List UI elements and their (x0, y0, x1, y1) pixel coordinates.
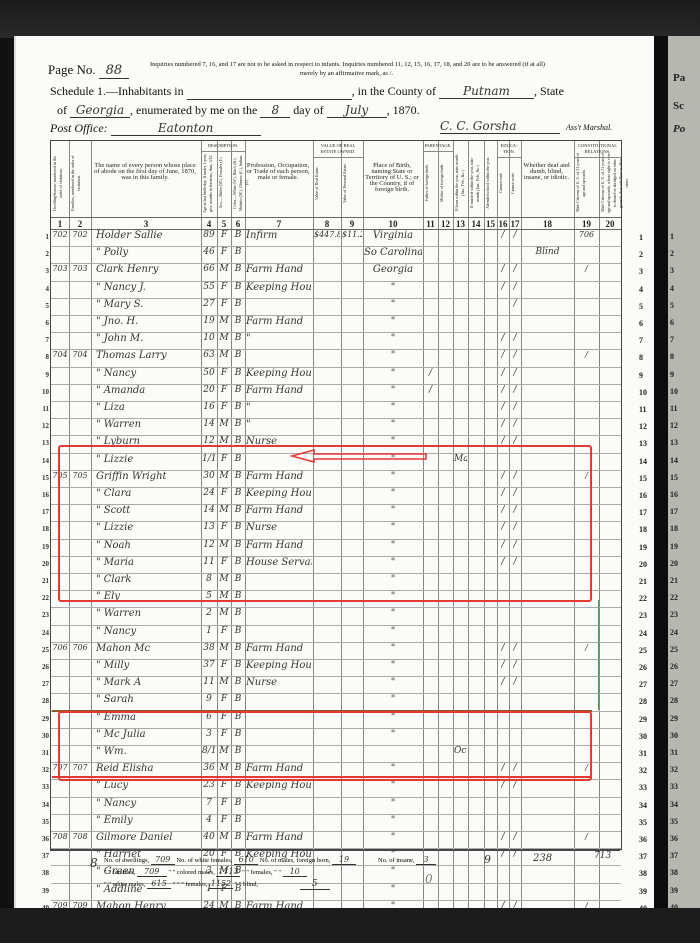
cell-family: 703 (70, 264, 90, 273)
summary-line-1: No. of dwellings, 709 No. of white femal… (104, 855, 356, 865)
adjacent-page-line-number: 36 (670, 834, 700, 843)
group-header-parentage: PARENTAGE. (423, 143, 453, 152)
highlight-mahon-family (58, 600, 599, 710)
cell-name: " Nancy (92, 368, 204, 379)
blind-count: 5 (300, 879, 330, 890)
cell-age: 23 (202, 780, 216, 790)
column-number-17: 17 (509, 219, 521, 229)
adjacent-page-line-number: 25 (670, 645, 700, 654)
line-number: 10 (39, 388, 49, 396)
adjacent-page-line-number: 38 (670, 868, 700, 877)
line-number-right: 32 (639, 766, 647, 775)
cell-color: B (232, 419, 244, 429)
group-header-description: DESCRIPTION. (201, 143, 245, 152)
scan-border-top (0, 0, 700, 38)
line-number: 32 (39, 766, 49, 774)
line-number-right: 10 (639, 388, 647, 397)
cell-birthplace: So Carolina (364, 247, 422, 258)
column-header-17: Cannot write. (510, 153, 516, 213)
cell-age: 89 (202, 230, 216, 240)
cell-sex: M (218, 264, 230, 274)
line-number-right: 16 (639, 491, 647, 500)
page-number-line: Page No. 88 (48, 62, 129, 79)
foreign-females-count: 10 (283, 867, 307, 877)
cell-color: B (232, 264, 244, 274)
line-number: 11 (39, 405, 49, 413)
cell-sex: F (218, 385, 230, 395)
cell-cannot-write: / (510, 230, 520, 240)
line-number-right: 5 (639, 302, 643, 311)
column-header-13: If born within the year, state month (Ja… (454, 153, 466, 213)
column-number-7: 7 (245, 219, 313, 229)
column-header-3: The name of every person whose place of … (92, 163, 198, 181)
line-number-right: 24 (639, 629, 647, 638)
white-females-label: No. of white females, (176, 857, 232, 864)
cell-col19: / (575, 350, 598, 359)
pencil-note-2: 0 (425, 872, 433, 886)
line-number: 13 (39, 439, 49, 447)
cell-cannot-read: / (498, 230, 508, 240)
cell-father-foreign: / (424, 385, 437, 395)
adjacent-schedule-label: Sc (673, 100, 684, 112)
cell-name: " John M. (92, 333, 204, 344)
line-number: 7 (39, 336, 49, 344)
adjacent-page-line-number: 37 (670, 851, 700, 860)
summary-line-3: " " white males, 615 " " " females, 1152… (104, 879, 330, 890)
line-number: 20 (39, 560, 49, 568)
cell-cannot-read: / (498, 350, 508, 360)
col16-total: 238 (533, 853, 552, 864)
pointer-arrow-icon (290, 448, 430, 464)
page-summary: 8 No. of dwellings, 709 No. of white fem… (50, 850, 620, 893)
adjacent-page-line-number: 15 (670, 473, 700, 482)
highlight-reid-family (58, 711, 592, 781)
cell-color: B (232, 316, 244, 326)
cell-color: B (232, 282, 244, 292)
of-label: of (57, 103, 67, 117)
table-row: 3535" Emily4FB" (51, 814, 621, 831)
column-header-19: Male Citizens of U. S. of 21 years of ag… (575, 153, 587, 213)
line-number-right: 22 (639, 594, 647, 603)
cell-dwelling: 703 (52, 264, 68, 273)
cell-sex: F (218, 230, 230, 240)
foreign-females-label: " " females, " " (242, 869, 281, 876)
column-number-2: 2 (69, 219, 91, 229)
line-number: 14 (39, 457, 49, 465)
line-number: 1 (39, 233, 49, 241)
cell-birthplace: Georgia (364, 264, 422, 275)
line-number: 21 (39, 577, 49, 585)
cell-cannot-write: / (510, 402, 520, 412)
line-number-right: 26 (639, 663, 647, 672)
adjacent-page-line-number: 26 (670, 662, 700, 671)
column-header-16: Cannot read. (498, 153, 504, 213)
cell-birthplace: " (364, 780, 422, 791)
line-number: 3 (39, 267, 49, 275)
cell-cannot-write: / (510, 832, 520, 842)
cell-age: 55 (202, 282, 216, 292)
line-number: 28 (39, 697, 49, 705)
adjacent-page-line-number: 11 (670, 404, 700, 413)
adjacent-page-line-number: 16 (670, 490, 700, 499)
line-number-right: 28 (639, 697, 647, 706)
column-number-9: 9 (341, 219, 363, 229)
cell-real-estate: $447.82 (314, 230, 340, 239)
line-number-right: 6 (639, 319, 643, 328)
adjacent-page-line-number: 29 (670, 714, 700, 723)
blind-label: " " blind, (235, 881, 259, 888)
cell-color: B (232, 333, 244, 343)
adjacent-page-line-number: 19 (670, 542, 700, 551)
colored-females-label: " " " females, (173, 881, 208, 888)
cell-name: " Liza (92, 402, 204, 413)
adjacent-page-line-number: 3 (670, 266, 700, 275)
cell-name: " Emily (92, 815, 204, 826)
cell-color: B (232, 247, 244, 257)
column-number-16: 16 (497, 219, 509, 229)
cell-dwelling: 708 (52, 832, 68, 841)
column-number-8: 8 (313, 219, 341, 229)
cell-color: B (232, 230, 244, 240)
cell-cannot-write: / (510, 419, 520, 429)
insane-line: No. of insane, 3 (378, 855, 436, 865)
cell-name: " Amanda (92, 385, 204, 396)
line-number-right: 8 (639, 353, 643, 362)
cell-birthplace: " (364, 385, 422, 396)
line-number: 6 (39, 319, 49, 327)
adjacent-page-line-number: 2 (670, 249, 700, 258)
tally-mark: 8 (90, 856, 98, 870)
cell-family: 702 (70, 230, 90, 239)
white-males-label: " " white males, (104, 881, 145, 888)
adjacent-page-line-number: 34 (670, 800, 700, 809)
cell-age: 7 (202, 798, 216, 808)
line-number-right: 17 (639, 508, 647, 517)
line-number-right: 15 (639, 474, 647, 483)
line-number: 24 (39, 629, 49, 637)
book-spine (652, 36, 668, 916)
line-number-right: 27 (639, 680, 647, 689)
cell-cannot-read: / (498, 402, 508, 412)
adjacent-page-line-number: 6 (670, 318, 700, 327)
adjacent-page-line-number: 5 (670, 301, 700, 310)
line-number: 4 (39, 285, 49, 293)
column-header-7: Profession, Occupation, or Trade of each… (246, 163, 310, 181)
column-header-12: Mother of foreign birth. (439, 153, 445, 213)
cell-age: 20 (202, 385, 216, 395)
column-number-20: 20 (599, 219, 621, 229)
table-row: 55" Mary S.27FB"/ (51, 298, 621, 315)
cell-cannot-write: / (510, 385, 520, 395)
adjacent-post-label: Po (673, 123, 685, 135)
white-males-count: 615 (147, 879, 171, 889)
families-label: " " families, (104, 869, 135, 876)
line-number-right: 11 (639, 405, 647, 414)
line-number-right: 1 (639, 233, 643, 242)
table-row: 88704704Thomas Larry63MB"/// (51, 349, 621, 366)
cell-cannot-read: / (498, 333, 508, 343)
column-number-19: 19 (574, 219, 599, 229)
cell-birthplace: " (364, 419, 422, 430)
adjacent-page-line-number: 27 (670, 679, 700, 688)
line-number-right: 37 (639, 852, 647, 861)
cell-color: B (232, 299, 244, 309)
colored-males-count: 1113 (216, 867, 240, 877)
cell-color: B (232, 368, 244, 378)
cell-age: 66 (202, 264, 216, 274)
cell-deaf-blind: Blind (522, 247, 573, 257)
table-row: 22" Polly46FBSo CarolinaBlind (51, 246, 621, 263)
cell-color: B (232, 385, 244, 395)
line-number: 5 (39, 302, 49, 310)
line-number-right: 29 (639, 715, 647, 724)
summary-line-2: " " families, 709 " " colored males, 111… (104, 867, 307, 877)
cell-name: " Polly (92, 247, 204, 258)
families-count: 709 (137, 867, 167, 877)
adjacent-page-line-number: 30 (670, 731, 700, 740)
adjacent-page-line-number: 39 (670, 886, 700, 895)
line-number: 8 (39, 353, 49, 361)
line-number: 9 (39, 371, 49, 379)
cell-name: Clark Henry (92, 264, 204, 275)
dwellings-count: 709 (151, 855, 175, 865)
marshal-label: Ass't Marshal. (566, 123, 612, 132)
cell-birthplace: Virginia (364, 230, 422, 241)
cell-birthplace: " (364, 316, 422, 327)
cell-sex: M (218, 316, 230, 326)
line-number: 22 (39, 594, 49, 602)
line-number-right: 18 (639, 525, 647, 534)
line-number: 2 (39, 250, 49, 258)
table-row: 66" Jno. H.19MBFarm Hand" (51, 315, 621, 332)
line-number-right: 39 (639, 887, 647, 896)
cell-father-foreign: / (424, 368, 437, 378)
column-header-8: Value of Real Estate. (314, 153, 320, 213)
colored-males-label: " " colored males, (168, 869, 214, 876)
adjacent-page-line-number: 24 (670, 628, 700, 637)
cell-dwelling: 704 (52, 350, 68, 359)
column-header-2: Families, numbered in the order of visit… (70, 153, 82, 213)
table-row: 11702702Holder Sallie89FBInfirm$447.82$1… (51, 229, 621, 246)
adjacent-page-line-number: 1 (670, 232, 700, 241)
line-number: 18 (39, 525, 49, 533)
cell-sex: F (218, 815, 230, 825)
line-number: 33 (39, 783, 49, 791)
cell-cannot-read: / (498, 264, 508, 274)
county-value: Putnam (439, 84, 534, 99)
cell-birthplace: " (364, 333, 422, 344)
cell-age: 50 (202, 368, 216, 378)
cell-occupation: " (246, 419, 312, 430)
adjacent-page-label: Pa (673, 72, 685, 84)
cell-occupation: Farm Hand (246, 832, 312, 843)
cell-cannot-write: / (510, 368, 520, 378)
cell-name: " Mary S. (92, 299, 204, 310)
cell-occupation: " (246, 402, 312, 413)
post-office-value: Eatonton (111, 121, 261, 136)
column-header-5: Sex.—Males (M.), Females (F.) (218, 153, 224, 213)
highlight-gilmore-line (52, 776, 592, 778)
line-number-right: 33 (639, 783, 647, 792)
state-value: Georgia (70, 103, 130, 118)
cell-occupation: Keeping House (246, 282, 312, 293)
cell-sex: F (218, 282, 230, 292)
table-row: 1010" Amanda20FBFarm Hand"/// (51, 384, 621, 401)
cell-age: 16 (202, 402, 216, 412)
cell-cannot-read: / (498, 780, 508, 790)
line-number-right: 34 (639, 801, 647, 810)
adjacent-page-line-number: 40 (670, 903, 700, 912)
cell-occupation: Farm Hand (246, 385, 312, 396)
day-of-label: day of (293, 103, 323, 117)
cell-occupation: Farm Hand (246, 316, 312, 327)
column-number-3: 3 (91, 219, 201, 229)
cell-sex: M (218, 333, 230, 343)
column-header-10: Place of Birth, naming State or Territor… (364, 163, 420, 193)
cell-dwelling: 702 (52, 230, 68, 239)
white-females-count: 610 (234, 855, 258, 865)
line-number-right: 13 (639, 439, 647, 448)
table-row: 3333" Lucy23FBKeeping House"// (51, 779, 621, 796)
line-number-right: 21 (639, 577, 647, 586)
column-header-18: Whether deaf and dumb, blind, insane, or… (522, 163, 571, 181)
adjacent-page-line-number: 9 (670, 370, 700, 379)
cell-occupation: " (246, 333, 312, 344)
line-number: 12 (39, 422, 49, 430)
county-label: in the County of (358, 84, 436, 98)
colored-females-count: 1152 (209, 879, 233, 889)
state-label: , State (534, 84, 564, 98)
line-number: 26 (39, 663, 49, 671)
column-number-1: 1 (51, 219, 69, 229)
line-number: 34 (39, 801, 49, 809)
line-number-right: 14 (639, 457, 647, 466)
column-header-4: Age at last birth-day. If under 1 year, … (202, 153, 214, 213)
cell-birthplace: " (364, 282, 422, 293)
table-row: 77" John M.10MB""// (51, 332, 621, 349)
cell-sex: M (218, 350, 230, 360)
highlight-griffin-family (58, 445, 592, 602)
line-number-right: 20 (639, 560, 647, 569)
adjacent-page-line-number: 13 (670, 438, 700, 447)
cell-birthplace: " (364, 402, 422, 413)
cell-cannot-read: / (498, 832, 508, 842)
column-number-12: 12 (438, 219, 453, 229)
line-number-right: 31 (639, 749, 647, 758)
line-number: 25 (39, 646, 49, 654)
column-header-1: Dwelling-houses, numbered in the order o… (52, 153, 64, 213)
cell-name: " Lucy (92, 780, 204, 791)
adjacent-page-line-number: 7 (670, 335, 700, 344)
page-number: 88 (99, 63, 129, 79)
column-header-9: Value of Personal Estate. (342, 153, 348, 213)
insane-count: 3 (416, 855, 436, 865)
adjacent-page-line-number: 17 (670, 507, 700, 516)
group-header-value-estate: VALUE OF REAL ESTATE OWNED. (313, 143, 363, 158)
cell-sex: F (218, 402, 230, 412)
cell-cannot-read: / (498, 419, 508, 429)
cell-cannot-read: / (498, 385, 508, 395)
cell-sex: F (218, 798, 230, 808)
cell-occupation: Keeping House (246, 368, 312, 379)
column-number-10: 10 (363, 219, 423, 229)
cell-age: 14 (202, 419, 216, 429)
column-header-11: Father of foreign birth. (424, 153, 430, 213)
adjacent-page-line-number: 12 (670, 421, 700, 430)
table-row: 33703703Clark Henry66MBFarm HandGeorgia/… (51, 263, 621, 280)
line-number-right: 12 (639, 422, 647, 431)
marshal-signature: C. C. Gorsha (440, 119, 560, 134)
cell-color: B (232, 350, 244, 360)
line-number-right: 9 (639, 371, 643, 380)
line-number: 38 (39, 869, 49, 877)
column-header-15: Attended school within the year. (485, 153, 491, 213)
cell-color: B (232, 780, 244, 790)
cell-cannot-write: / (510, 299, 520, 309)
adjacent-page-line-number: 33 (670, 782, 700, 791)
adjacent-page-line-number: 18 (670, 524, 700, 533)
cell-personal-estate: $11.2.83 (342, 230, 362, 239)
adjacent-page-line-number: 8 (670, 352, 700, 361)
adjacent-page-line-number: 22 (670, 593, 700, 602)
line-number-right: 19 (639, 543, 647, 552)
cell-occupation: Farm Hand (246, 264, 312, 275)
column-number-15: 15 (484, 219, 497, 229)
cell-col19: 706 (575, 230, 598, 239)
dwellings-label: No. of dwellings, (104, 857, 149, 864)
adjacent-page-line-number: 32 (670, 765, 700, 774)
cell-sex: F (218, 780, 230, 790)
line-number: 30 (39, 732, 49, 740)
line-number-right: 36 (639, 835, 647, 844)
cell-birthplace: " (364, 832, 422, 843)
line-number-right: 23 (639, 611, 647, 620)
line-number: 31 (39, 749, 49, 757)
notice-line-2: merely by an affirmative mark, as /. (300, 70, 393, 77)
post-office-line: Post Office: Eatonton (50, 121, 261, 136)
cell-birthplace: " (364, 815, 422, 826)
line-number-right: 35 (639, 818, 647, 827)
foreign-males-label: No. of males, foreign born, (260, 857, 331, 864)
cell-occupation: Infirm (246, 230, 312, 241)
cell-name: " Nancy J. (92, 282, 204, 293)
line-number: 17 (39, 508, 49, 516)
line-number: 37 (39, 852, 49, 860)
line-number: 29 (39, 715, 49, 723)
adjacent-page-line-number: 20 (670, 559, 700, 568)
year-label: , 1870. (387, 103, 420, 117)
cell-age: 4 (202, 815, 216, 825)
line-number: 19 (39, 543, 49, 551)
cell-sex: F (218, 299, 230, 309)
cell-sex: F (218, 368, 230, 378)
column-header-14: If married within the year, state month … (469, 153, 481, 213)
line-number: 36 (39, 835, 49, 843)
line-number: 35 (39, 818, 49, 826)
cell-family: 704 (70, 350, 90, 359)
line-number-right: 7 (639, 336, 643, 345)
cell-cannot-write: / (510, 264, 520, 274)
column-number-5: 5 (217, 219, 231, 229)
cell-occupation: Keeping House (246, 780, 312, 791)
col14-total: 9 (484, 853, 491, 866)
line-number: 39 (39, 887, 49, 895)
adjacent-page-line-number: 14 (670, 456, 700, 465)
line-number-right: 4 (639, 285, 643, 294)
line-number: 23 (39, 611, 49, 619)
column-number-18: 18 (521, 219, 574, 229)
adjacent-page-line-number: 28 (670, 696, 700, 705)
